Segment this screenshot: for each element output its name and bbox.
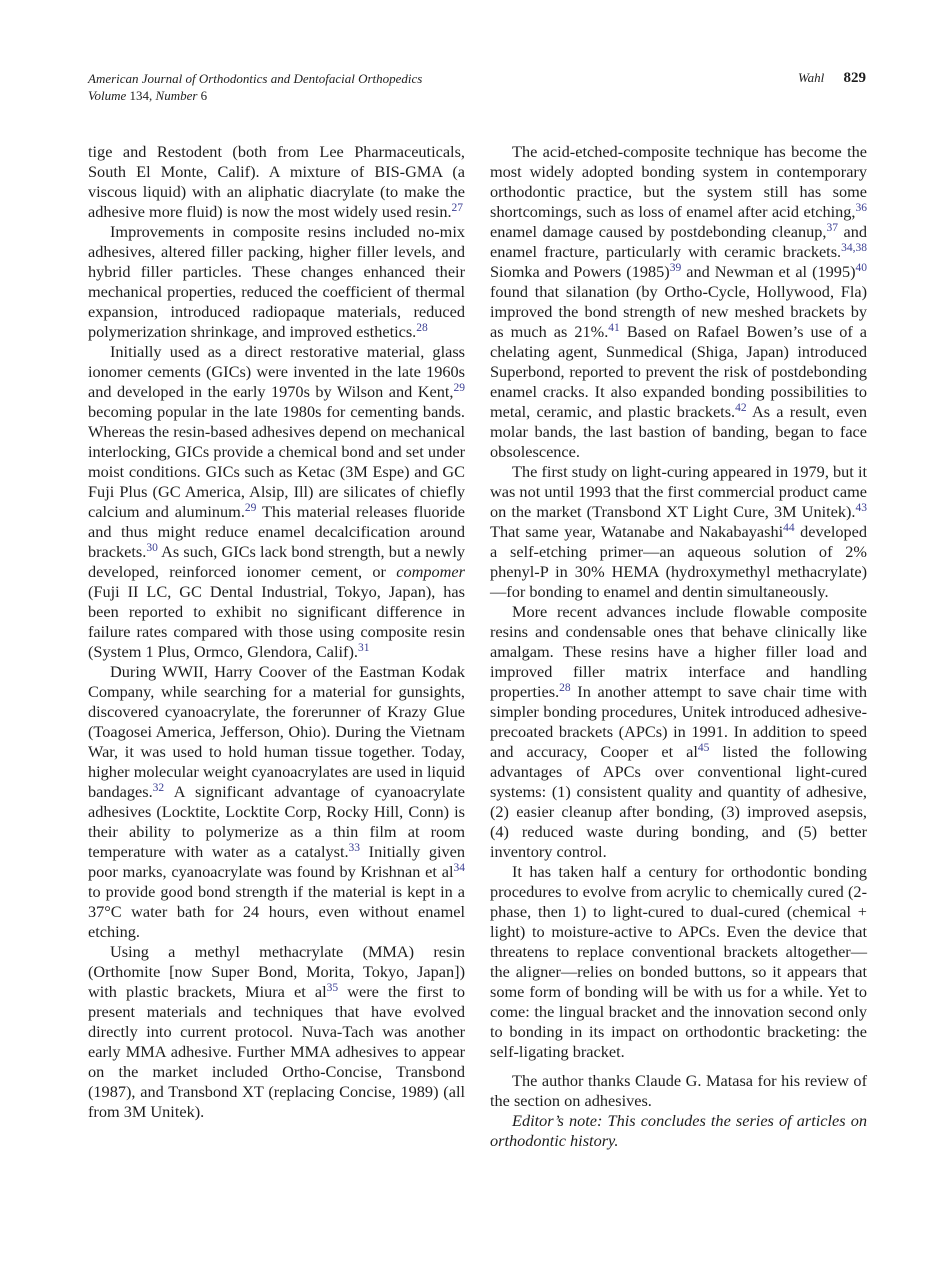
volume-number: 134, [130, 88, 156, 103]
reference-link[interactable]: 27 [452, 202, 464, 214]
text-run: enamel damage caused by postdebonding cl… [490, 222, 826, 241]
text-run: Siomka and Powers (1985) [490, 262, 670, 281]
reference-link[interactable]: 42 [735, 402, 747, 414]
paragraph: Editor’s note: This concludes the series… [490, 1111, 867, 1151]
reference-link[interactable]: 28 [559, 682, 571, 694]
reference-link[interactable]: 31 [358, 642, 370, 654]
emphasis-text: Editor’s note: This concludes the series… [490, 1111, 867, 1150]
text-run: and Newman et al (1995) [681, 262, 855, 281]
paragraph: Using a methyl methacrylate (MMA) resin … [88, 942, 465, 1122]
text-run: Improvements in composite resins include… [88, 222, 465, 341]
reference-link[interactable]: 43 [856, 502, 868, 514]
text-run: (Fuji II LC, GC Dental Industrial, Tokyo… [88, 582, 465, 661]
volume-label: Volume [88, 88, 130, 103]
emphasis-text: compomer [396, 562, 465, 581]
article-body: tige and Restodent (both from Lee Pharma… [88, 142, 867, 1151]
page-number: 829 [844, 70, 867, 86]
reference-link[interactable]: 29 [454, 382, 466, 394]
volume-label: Number [156, 88, 201, 103]
text-run: tige and Restodent (both from Lee Pharma… [88, 142, 465, 221]
left-column: tige and Restodent (both from Lee Pharma… [88, 142, 465, 1151]
journal-title: American Journal of Orthodontics and Den… [88, 70, 422, 87]
reference-link[interactable]: 30 [146, 542, 158, 554]
reference-link[interactable]: 41 [608, 322, 620, 334]
reference-link[interactable]: 32 [153, 782, 165, 794]
author-name: Wahl [798, 70, 824, 85]
page-header: American Journal of Orthodontics and Den… [88, 70, 866, 104]
text-run: It has taken half a century for orthodon… [490, 862, 867, 1061]
text-run: Initially used as a direct restorative m… [88, 342, 465, 401]
text-run: That same year, Watanabe and Nakabayashi [490, 522, 783, 541]
reference-link[interactable]: 44 [783, 522, 795, 534]
journal-info: American Journal of Orthodontics and Den… [88, 70, 422, 104]
reference-link[interactable]: 45 [698, 742, 710, 754]
reference-link[interactable]: 34 [454, 862, 466, 874]
reference-link[interactable]: 39 [670, 262, 682, 274]
running-head: Wahl 829 [798, 70, 866, 87]
reference-link[interactable]: 36 [856, 202, 868, 214]
text-run: The acid-etched-composite technique has … [490, 142, 867, 221]
journal-article-page: American Journal of Orthodontics and Den… [0, 0, 950, 1272]
reference-link[interactable]: 40 [856, 262, 868, 274]
paragraph: The first study on light-curing appeared… [490, 462, 867, 602]
paragraph: During WWII, Harry Coover of the Eastman… [88, 662, 465, 942]
paragraph: The acid-etched-composite technique has … [490, 142, 867, 462]
paragraph: Improvements in composite resins include… [88, 222, 465, 342]
reference-link[interactable]: 29 [245, 502, 257, 514]
reference-link[interactable]: 33 [349, 842, 361, 854]
reference-link[interactable]: 28 [416, 322, 428, 334]
text-run: The first study on light-curing appeared… [490, 462, 867, 521]
reference-link[interactable]: 35 [327, 982, 339, 994]
paragraph: The author thanks Claude G. Matasa for h… [490, 1071, 867, 1111]
paragraph: It has taken half a century for orthodon… [490, 862, 867, 1062]
text-run: During WWII, Harry Coover of the Eastman… [88, 662, 465, 801]
volume-issue-line: Volume 134, Number 6 [88, 87, 422, 104]
text-run: The author thanks Claude G. Matasa for h… [490, 1071, 867, 1110]
paragraph: tige and Restodent (both from Lee Pharma… [88, 142, 465, 222]
reference-link[interactable]: 34,38 [841, 242, 867, 254]
reference-link[interactable]: 37 [826, 222, 838, 234]
paragraph: Initially used as a direct restorative m… [88, 342, 465, 662]
volume-number: 6 [201, 88, 208, 103]
text-run: to provide good bond strength if the mat… [88, 882, 465, 941]
text-run: were the first to present materials and … [88, 982, 465, 1121]
right-column: The acid-etched-composite technique has … [490, 142, 867, 1151]
paragraph: More recent advances include flowable co… [490, 602, 867, 862]
